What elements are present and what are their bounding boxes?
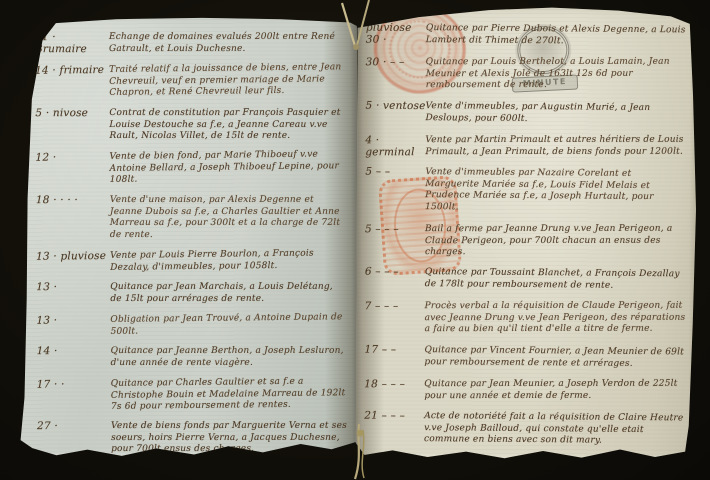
entry-date: 27 · [37,421,111,456]
entry-date: 18 · · · · [36,195,110,241]
register-entry: 21 · Brumaire Echange de domaines evalué… [35,32,345,55]
register-entry: pluviose 30 · Quitance par Pierre Dubois… [366,23,688,49]
entry-date: 5 · ventose [365,100,425,124]
register-entry: 14 · Quitance par Jeanne Berthon, a Jose… [37,345,347,368]
entry-date: 13 · pluviose [36,250,110,274]
entry-text: Acte de notoriété fait a la réquisition … [424,411,686,448]
entry-text: Quitance par Pierre Dubois et Alexis Deg… [426,23,688,48]
register-entry: 13 · Quitance par Jean Marchais, a Louis… [36,281,346,304]
left-page: 21 · Brumaire Echange de domaines evalué… [13,7,359,461]
entry-text: Vente par Martin Primault et autres héri… [425,134,687,157]
entry-date: 12 · [35,152,109,187]
register-entry: 13 · Obligation par Jean Trouvé, a Antoi… [36,312,346,339]
register-entry: 21 – – – Acte de notoriété fait a la réq… [364,410,686,447]
register-entry: 18 · · · · Vente d'une maison, par Alexi… [36,194,346,240]
register-entry: 17 – – Quitance par Vincent Fournier, a … [364,344,686,370]
entry-date: 17 · · [37,378,111,413]
register-entry: 5 · nivose Contrat de constitution par F… [35,107,345,142]
entry-text: Vente d'une maison, par Alexis Degenne e… [110,194,346,240]
entry-date: 5 – – [365,166,425,213]
register-entry: 5 · ventose Vente d'immeubles, par Augus… [365,100,687,126]
entry-text: Echange de domaines evalués 200lt entre … [109,32,345,55]
entry-date: 4 · germinal [365,135,425,158]
register-entry: 18 – – – Quitance par Jean Meunier, a Jo… [364,378,686,402]
entry-text: Quitance par Jean Marchais, a Louis Delé… [110,281,346,304]
entry-text: Obligation par Jean Trouvé, a Antoine Du… [110,312,346,338]
entry-date: 14 · [37,346,111,369]
entry-text: Vente de bien fond, par Marie Thiboeuf v… [109,149,345,186]
entry-date: 17 – – [364,344,424,368]
register-entry: 17 · · Quitance par Charles Gaultier et … [37,376,347,414]
register-entry: 13 · pluviose Vente par Louis Pierre Bou… [36,248,346,275]
register-entry: 27 · Vente de biens fonds par Marguerite… [37,421,347,456]
register-entry: 4 · germinal Vente par Martin Primault e… [365,134,687,158]
entry-date: pluviose 30 · [366,23,426,47]
entry-date: 13 · [36,282,110,305]
entry-text: Bail a ferme par Jeanne Drung v.ve Jean … [425,223,687,258]
register-entry: 6 – – – Quitance par Toussaint Blanchet,… [365,267,687,293]
right-page-entries: pluviose 30 · Quitance par Pierre Dubois… [364,23,688,456]
register-entry: 14 · frimaire Traité relatif a la jouiss… [35,62,345,100]
entry-date: 18 – – – [364,379,424,402]
entry-text: Procès verbal a la réquisition de Claude… [425,301,687,336]
register-entry: 5 – – – Bail a ferme par Jeanne Drung v.… [365,223,687,258]
entry-date: 5 – – – [365,224,425,259]
entry-date: 14 · frimaire [35,65,109,100]
entry-date: 5 · nivose [35,108,109,143]
entry-date: 7 – – – [365,301,425,336]
register-entry: 7 – – – Procès verbal a la réquisition d… [365,301,687,336]
entry-text: Traité relatif a la jouissance de biens,… [109,62,345,99]
entry-text: Quitance par Charles Gaultier et sa f.e … [111,376,347,413]
entry-text: Contrat de constitution par François Pas… [109,107,345,142]
entry-text: Vente d'immeubles, par Augustin Murié, a… [425,101,687,126]
entry-date: 21 – – – [364,410,424,445]
entry-text: Quitance par Jeanne Berthon, a Joseph Le… [111,345,347,368]
left-page-entries: 21 · Brumaire Echange de domaines evalué… [35,31,347,465]
register-entry: 5 – – Vente d'immeubles par Nazaire Core… [365,166,687,215]
entry-date: 21 · Brumaire [35,32,109,55]
entry-date: 30 · – – [366,57,426,92]
right-page: MINUTE pluviose 30 · Quitance par Pierre… [354,1,706,463]
entry-text: Quitance par Vincent Fournier, a Jean Me… [424,345,686,370]
entry-text: Quitance par Louis Berthelot, a Louis La… [426,57,688,92]
entry-text: Vente de biens fonds par Marguerite Vern… [111,421,347,456]
entry-date: 6 – – – [365,267,425,291]
photograph-background: 21 · Brumaire Echange de domaines evalué… [0,0,710,480]
register-entry: 12 · Vente de bien fond, par Marie Thibo… [35,149,345,187]
register-entry: 30 · – – Quitance par Louis Berthelot, a… [366,57,688,92]
entry-date: 13 · [36,314,110,338]
entry-text: Quitance par Jean Meunier, a Joseph Verd… [424,378,686,401]
entry-text: Vente par Louis Pierre Bourlon, a Franço… [110,248,346,274]
entry-text: Quitance par Toussaint Blanchet, a Franç… [425,267,687,292]
entry-text: Vente d'immeubles par Nazaire Corelant e… [425,167,687,215]
